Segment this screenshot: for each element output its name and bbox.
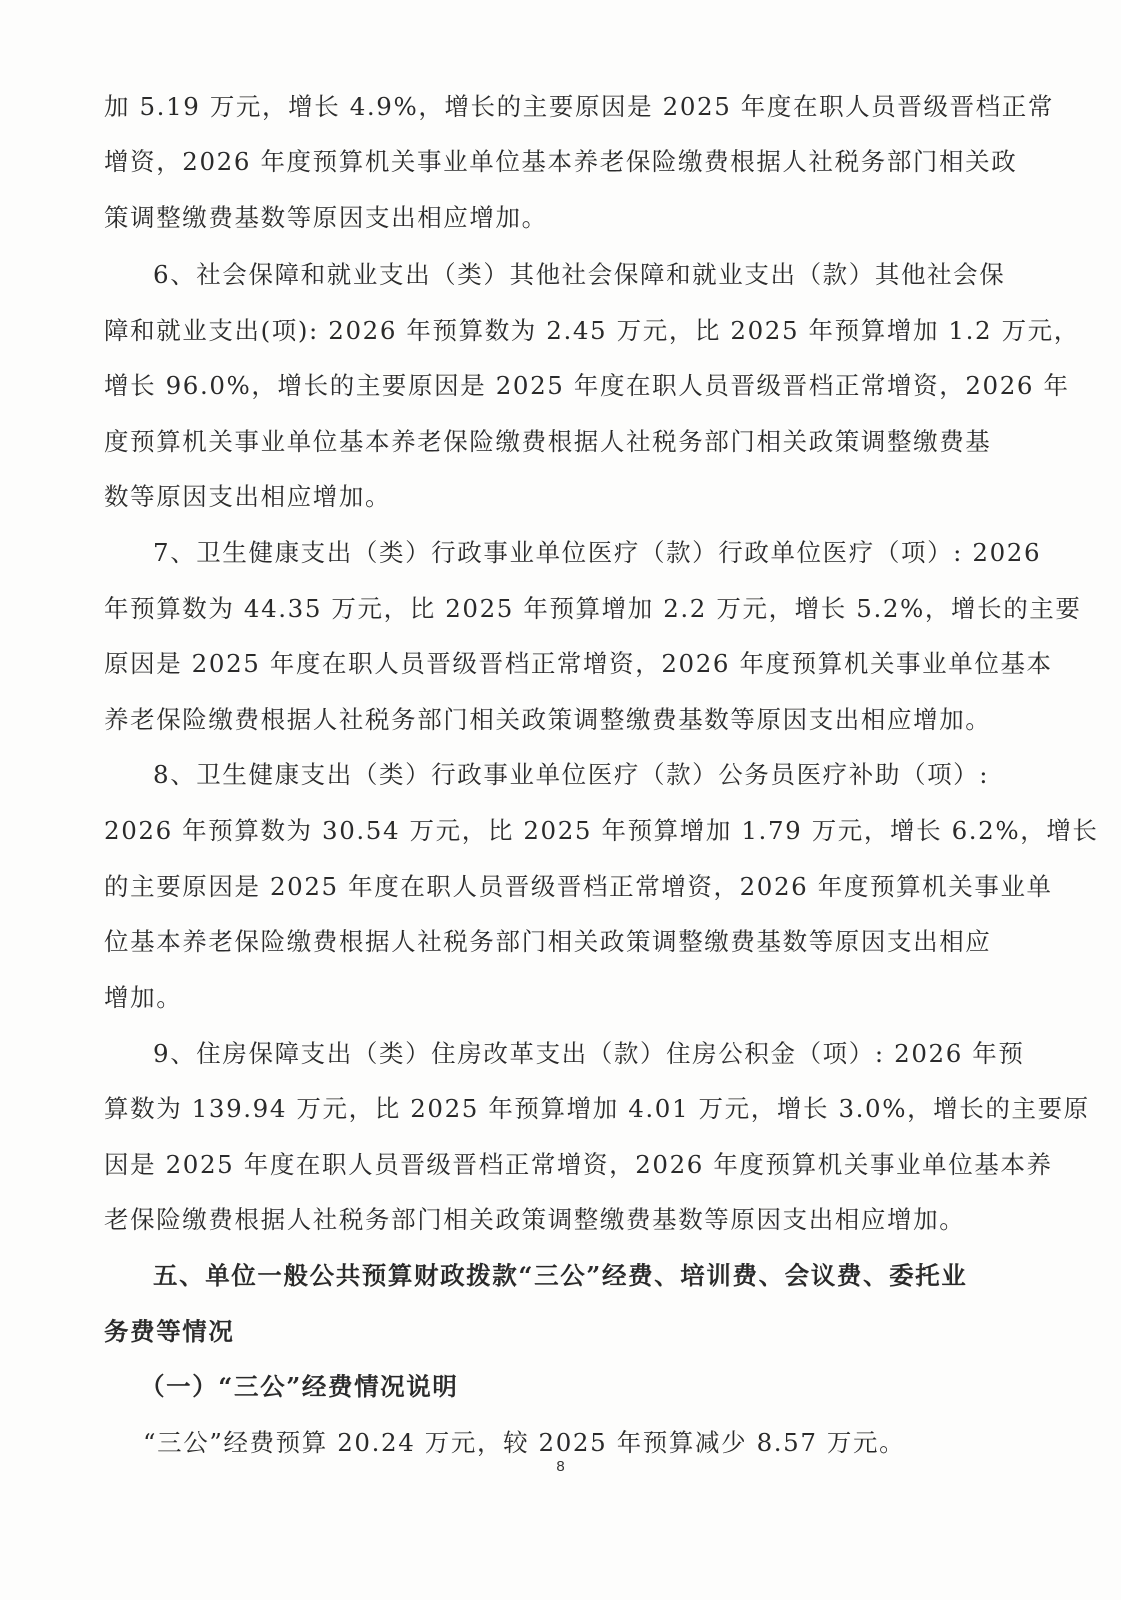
page-number: 8	[0, 1458, 1121, 1475]
paragraph-line: 7、卫生健康支出（类）行政事业单位医疗（款）行政单位医疗（项）: 2026	[153, 538, 1073, 568]
summary-line: “三公”经费预算 20.24 万元，较 2025 年预算减少 8.57 万元。	[143, 1428, 1063, 1458]
document-page: 加 5.19 万元，增长 4.9%，增长的主要原因是 2025 年度在职人员晋级…	[0, 0, 1121, 1600]
paragraph-line: 策调整缴费基数等原因支出相应增加。	[104, 203, 1024, 233]
paragraph-line: 年预算数为 44.35 万元，比 2025 年预算增加 2.2 万元，增长 5.…	[104, 594, 1024, 624]
section-heading: 务费等情况	[104, 1317, 1024, 1347]
paragraph-line: 加 5.19 万元，增长 4.9%，增长的主要原因是 2025 年度在职人员晋级…	[104, 92, 1024, 122]
section-heading: 五、单位一般公共预算财政拨款“三公”经费、培训费、会议费、委托业	[153, 1261, 1073, 1291]
subsection-heading: （一）“三公”经费情况说明	[140, 1372, 1060, 1402]
paragraph-line: 位基本养老保险缴费根据人社税务部门相关政策调整缴费基数等原因支出相应	[104, 927, 1024, 957]
paragraph-line: 度预算机关事业单位基本养老保险缴费根据人社税务部门相关政策调整缴费基	[104, 427, 1024, 457]
paragraph-line: 增长 96.0%，增长的主要原因是 2025 年度在职人员晋级晋档正常增资，20…	[104, 371, 1024, 401]
paragraph-line: 2026 年预算数为 30.54 万元，比 2025 年预算增加 1.79 万元…	[104, 816, 1024, 846]
paragraph-line: 6、社会保障和就业支出（类）其他社会保障和就业支出（款）其他社会保	[153, 260, 1073, 290]
paragraph-line: 因是 2025 年度在职人员晋级晋档正常增资，2026 年度预算机关事业单位基本…	[104, 1150, 1024, 1180]
paragraph-line: 原因是 2025 年度在职人员晋级晋档正常增资，2026 年度预算机关事业单位基…	[104, 649, 1024, 679]
paragraph-line: 9、住房保障支出（类）住房改革支出（款）住房公积金（项）: 2026 年预	[153, 1039, 1073, 1069]
paragraph-line: 养老保险缴费根据人社税务部门相关政策调整缴费基数等原因支出相应增加。	[104, 705, 1024, 735]
paragraph-line: 算数为 139.94 万元，比 2025 年预算增加 4.01 万元，增长 3.…	[104, 1094, 1024, 1124]
paragraph-line: 的主要原因是 2025 年度在职人员晋级晋档正常增资，2026 年度预算机关事业…	[104, 872, 1024, 902]
paragraph-line: 数等原因支出相应增加。	[104, 482, 1024, 512]
paragraph-line: 增加。	[104, 983, 1024, 1013]
paragraph-line: 增资，2026 年度预算机关事业单位基本养老保险缴费根据人社税务部门相关政	[104, 147, 1024, 177]
paragraph-line: 8、卫生健康支出（类）行政事业单位医疗（款）公务员医疗补助（项）:	[153, 760, 1073, 790]
paragraph-line: 老保险缴费根据人社税务部门相关政策调整缴费基数等原因支出相应增加。	[104, 1205, 1024, 1235]
paragraph-line: 障和就业支出(项): 2026 年预算数为 2.45 万元，比 2025 年预算…	[104, 316, 1024, 346]
